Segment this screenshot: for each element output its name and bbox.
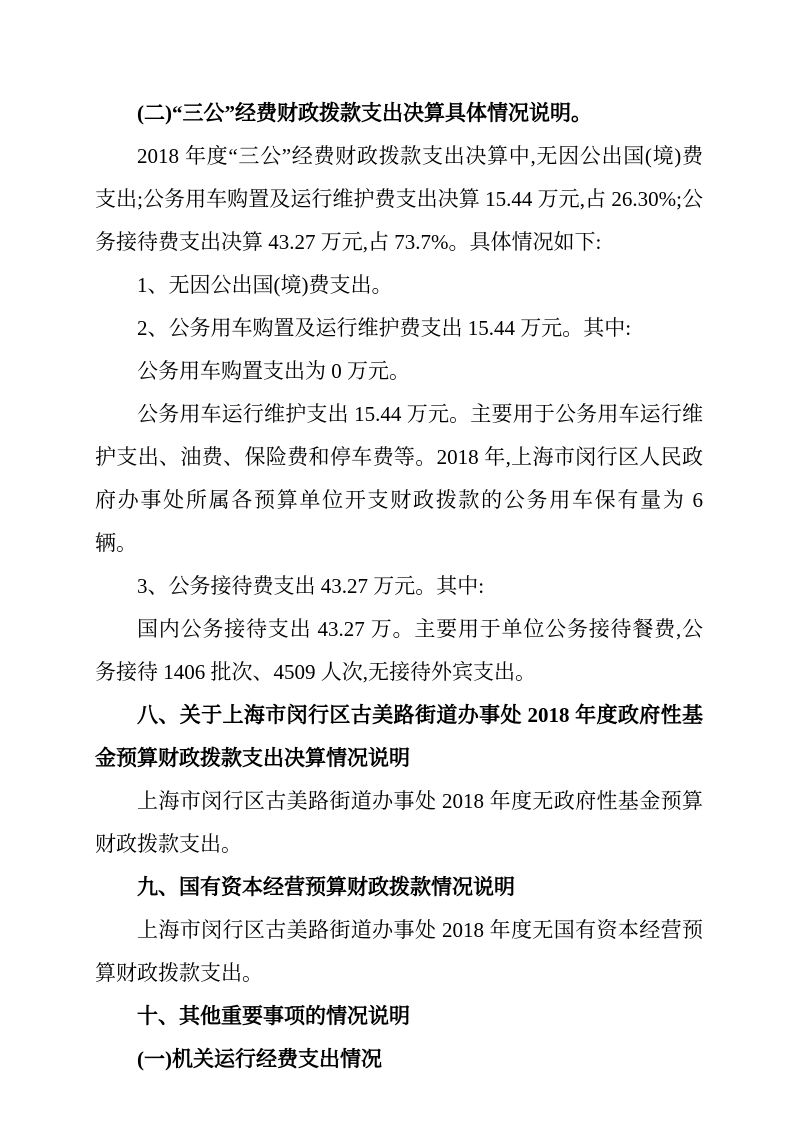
paragraph-item2-vehicle-expense: 2、公务用车购置及运行维护费支出 15.44 万元。其中: bbox=[95, 307, 703, 350]
section-heading-sangong-details: (二)“三公”经费财政拨款支出决算具体情况说明。 bbox=[95, 92, 703, 135]
section-heading-operating-costs: (一)机关运行经费支出情况 bbox=[95, 1038, 703, 1081]
paragraph-sangong-summary: 2018 年度“三公”经费财政拨款支出决算中,无因公出国(境)费支出;公务用车购… bbox=[95, 135, 703, 264]
section-heading-other-matters: 十、其他重要事项的情况说明 bbox=[95, 995, 703, 1038]
paragraph-vehicle-purchase: 公务用车购置支出为 0 万元。 bbox=[95, 350, 703, 393]
paragraph-item3-reception: 3、公务接待费支出 43.27 万元。其中: bbox=[95, 565, 703, 608]
document-page: (二)“三公”经费财政拨款支出决算具体情况说明。 2018 年度“三公”经费财政… bbox=[0, 0, 793, 1122]
paragraph-item1-abroad-expense: 1、无因公出国(境)费支出。 bbox=[95, 264, 703, 307]
paragraph-domestic-reception: 国内公务接待支出 43.27 万。主要用于单位公务接待餐费,公务接待 1406 … bbox=[95, 608, 703, 694]
paragraph-vehicle-maintenance: 公务用车运行维护支出 15.44 万元。主要用于公务用车运行维护支出、油费、保险… bbox=[95, 393, 703, 565]
paragraph-state-capital: 上海市闵行区古美路街道办事处 2018 年度无国有资本经营预算财政拨款支出。 bbox=[95, 909, 703, 995]
paragraph-gov-fund-budget: 上海市闵行区古美路街道办事处 2018 年度无政府性基金预算财政拨款支出。 bbox=[95, 780, 703, 866]
section-heading-gov-fund-budget: 八、关于上海市闵行区古美路街道办事处 2018 年度政府性基金预算财政拨款支出决… bbox=[95, 694, 703, 780]
section-heading-state-capital: 九、国有资本经营预算财政拨款情况说明 bbox=[95, 866, 703, 909]
